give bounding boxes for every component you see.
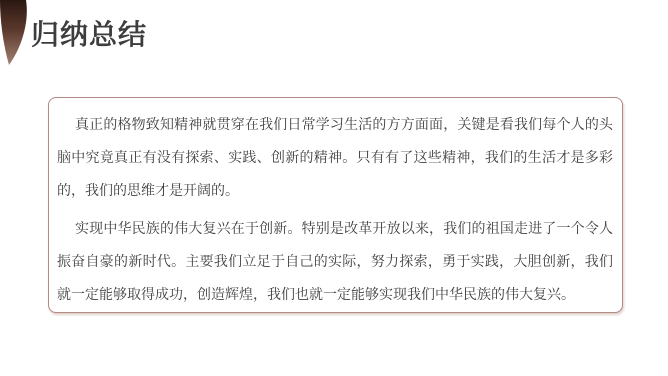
presentation-slide: 归纳总结 真正的格物致知精神就贯穿在我们日常学习生活的方方面面，关键是看我们每个… — [0, 0, 668, 376]
corner-crescent-icon — [0, 0, 34, 72]
summary-paragraph-1: 真正的格物致知精神就贯穿在我们日常学习生活的方方面面，关键是看我们每个人的头脑中… — [57, 108, 613, 207]
page-title: 归纳总结 — [31, 19, 147, 51]
summary-paragraph-2: 实现中华民族的伟大复兴在于创新。特别是改革开放以来，我们的祖国走进了一个令人振奋… — [57, 212, 613, 311]
summary-text-box: 真正的格物致知精神就贯穿在我们日常学习生活的方方面面，关键是看我们每个人的头脑中… — [48, 97, 623, 313]
